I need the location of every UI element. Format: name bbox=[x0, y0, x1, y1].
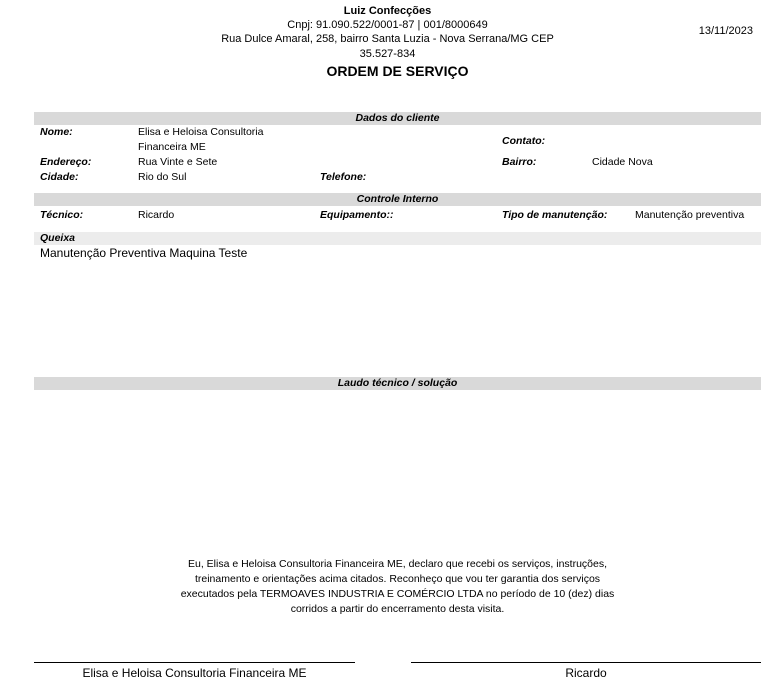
technician-value: Ricardo bbox=[138, 208, 174, 222]
phone-label: Telefone: bbox=[320, 170, 366, 184]
technician-signature-name: Ricardo bbox=[411, 666, 761, 680]
contact-label: Contato: bbox=[502, 134, 545, 148]
declaration-line-4: corridos a partir do encerramento desta … bbox=[160, 602, 635, 617]
client-section-heading: Dados do cliente bbox=[34, 112, 761, 125]
name-value-line2: Financeira ME bbox=[138, 140, 206, 154]
declaration-line-3: executados pela TERMOAVES INDUSTRIA E CO… bbox=[160, 587, 635, 602]
city-value: Rio do Sul bbox=[138, 170, 186, 184]
district-label: Bairro: bbox=[502, 155, 536, 169]
client-signature-line bbox=[34, 662, 355, 663]
declaration-line-2: treinamento e orientações acima citados.… bbox=[160, 572, 635, 587]
company-name: Luiz Confecções bbox=[0, 4, 775, 18]
document-title: ORDEM DE SERVIÇO bbox=[0, 63, 775, 79]
name-value-line1: Elisa e Heloisa Consultoria bbox=[138, 125, 263, 139]
report-section-heading: Laudo técnico / solução bbox=[34, 377, 761, 390]
address-value: Rua Vinte e Sete bbox=[138, 155, 217, 169]
district-value: Cidade Nova bbox=[592, 155, 653, 169]
maintenance-type-value: Manutenção preventiva bbox=[635, 208, 744, 222]
equipment-label: Equipamento:: bbox=[320, 208, 394, 222]
name-label: Nome: bbox=[40, 125, 73, 139]
declaration-line-1: Eu, Elisa e Heloisa Consultoria Financei… bbox=[160, 557, 635, 572]
client-signature-name: Elisa e Heloisa Consultoria Financeira M… bbox=[34, 666, 355, 680]
company-cnpj: Cnpj: 91.090.522/0001-87 | 001/8000649 bbox=[0, 18, 775, 32]
technician-signature-line bbox=[411, 662, 761, 663]
complaint-text: Manutenção Preventiva Maquina Teste bbox=[40, 246, 247, 260]
document-date: 13/11/2023 bbox=[699, 25, 753, 37]
complaint-label: Queixa bbox=[34, 232, 761, 245]
internal-section-heading: Controle Interno bbox=[34, 193, 761, 206]
address-label: Endereço: bbox=[40, 155, 91, 169]
city-label: Cidade: bbox=[40, 170, 79, 184]
company-address: Rua Dulce Amaral, 258, bairro Santa Luzi… bbox=[0, 32, 775, 46]
declaration: Eu, Elisa e Heloisa Consultoria Financei… bbox=[160, 557, 635, 617]
company-cep: 35.527-834 bbox=[0, 47, 775, 61]
maintenance-type-label: Tipo de manutenção: bbox=[502, 208, 607, 222]
technician-label: Técnico: bbox=[40, 208, 83, 222]
